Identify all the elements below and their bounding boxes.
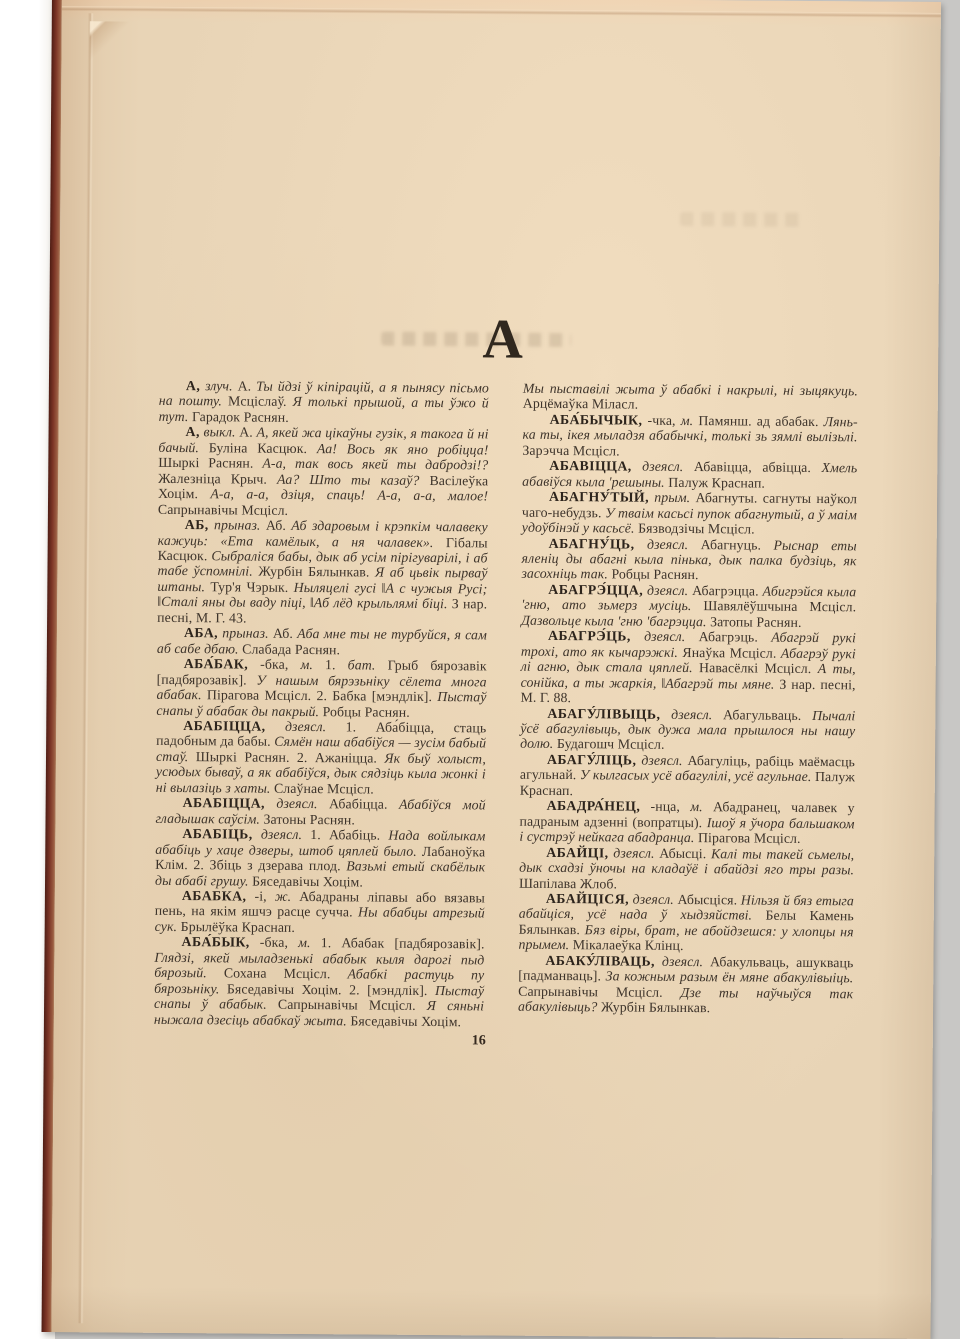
body-text: Памянш. ад абабак.: [693, 413, 824, 429]
body-text: Робцы Раснян.: [319, 704, 410, 720]
entry-aba: АБА, прыназ. Аб. Аба мне ты не турбуйся,…: [157, 625, 487, 658]
italic-text: бат.: [348, 657, 376, 672]
italic-text: дзеясл.: [266, 719, 327, 734]
italic-text: дзеясл.: [265, 796, 318, 811]
headword: АБАГНУ́ЦЬ,: [549, 535, 635, 551]
body-text: Бяседавічы Хоцім.: [249, 873, 363, 889]
section-letter: А: [482, 310, 523, 368]
text-block: А А, злуч. А. Ты йдзі ў кіпірацій, а я п…: [154, 308, 859, 1054]
headword: АБАГУ́ЛІЦЬ,: [547, 752, 637, 768]
body-text: Затоны Раснян.: [260, 811, 355, 827]
two-column-text: А, злуч. А. Ты йдзі ў кіпірацій, а я пын…: [154, 378, 858, 1033]
body-text: Абагрэцца.: [688, 583, 762, 599]
headword: АБА́БЫК,: [182, 934, 250, 950]
body-text: -бка,: [248, 657, 300, 672]
entry-abadranec: АБАДРА́НЕЦ, -нца, м. Абадранец, чалавек …: [519, 798, 854, 847]
italic-text: прыназ.: [218, 626, 269, 641]
body-text: Абавіцца, абвіцца.: [683, 459, 821, 475]
entry-a-vykl: А, выкл. А. А, якей жа цікаўны гузік, я …: [158, 424, 489, 519]
entry-abajcisja: АБАЙЦІСЯ, дзеясл. Абысціся. Нільзя й бяз…: [518, 891, 853, 955]
page-number: 16: [472, 1033, 486, 1049]
body-text: 1. Абабак [падбярозавік].: [311, 935, 485, 951]
body-text: Робцы Раснян.: [608, 567, 699, 583]
entry-ababak: АБА́БАК, -бка, м. 1. бат. Грыб бярозавік…: [156, 656, 486, 720]
body-text: А.: [233, 378, 257, 393]
column-left: А, злуч. А. Ты йдзі ў кіпірацій, а я пын…: [154, 378, 489, 1030]
entry-abagulic: АБАГУ́ЛІЦЬ, дзеясл. Абагуліць, рабіць ма…: [520, 752, 855, 801]
body-text: Слабада Раснян.: [239, 641, 341, 657]
italic-text: м.: [681, 413, 694, 428]
italic-text: м.: [690, 799, 703, 814]
headword: АБАДРА́НЕЦ,: [547, 798, 641, 814]
body-text: Сапрынавічы Мсцісл.: [518, 983, 680, 999]
body-text: Аб.: [260, 518, 291, 533]
entry-ababicca-1: АБАБІЦЦА, дзеясл. 1. Аба́біцца, стаць па…: [156, 718, 487, 798]
entry-abakulivac: АБАКУ́ЛІВАЦЬ, дзеясл. Абакульваць, ашукв…: [518, 952, 853, 1016]
body-text: Тур'я Чэрык.: [205, 579, 294, 595]
body-text: Брылёўка Краснап.: [177, 919, 295, 935]
body-text: -і,: [246, 889, 274, 904]
corner-fold-mark: [89, 21, 162, 86]
body-text: Пірагова Мсцісл.: [694, 830, 800, 846]
entry-abagnutyj: АБАГНУ́ТЫЙ, прым. Абагнуты. сагнуты наўк…: [522, 489, 857, 538]
body-text: Будагошч Мсцісл.: [553, 736, 664, 752]
body-text: Бязводзічы Мсцісл.: [634, 521, 754, 537]
headword: А,: [186, 424, 200, 439]
italic-text: прыназ.: [209, 517, 261, 532]
entry-ababic: АБАБІЦЬ, дзеясл. 1. Абабіць. Нада войлык…: [155, 826, 485, 890]
italic-text: дзеясл.: [660, 706, 712, 721]
entry-abavicca: АБАВІЦЦА, дзеясл. Абавіцца, абвіцца. Хме…: [522, 458, 857, 492]
entry-ababychyk: АБА́БЫЧЫК, -чка, м. Памянш. ад абабак. Л…: [522, 412, 857, 461]
headword: АБАЙЦІСЯ,: [546, 891, 629, 907]
body-text: Жалезніца Крыч.: [158, 471, 277, 487]
italic-text: прым.: [649, 490, 690, 505]
body-text: Мікалаеўка Клінц.: [569, 937, 683, 953]
page-footer: 16: [154, 1031, 853, 1054]
italic-text: злуч.: [200, 378, 233, 393]
body-text: Абысціся.: [674, 892, 741, 908]
body-text: -бка,: [250, 935, 299, 950]
entry-abagnuc: АБАГНУ́ЦЬ, дзеясл. Абагнуць. Рыснар еты …: [521, 535, 856, 584]
body-text: Шыркі Раснян. 2. Ажаніцца.: [188, 749, 384, 766]
italic-text: м.: [300, 657, 313, 672]
entry-ababyk: АБА́БЫК, -бка, м. 1. Абабак [падбярозаві…: [154, 934, 485, 1029]
italic-text: А-а, так вось якей ты дабродзі!?: [262, 456, 488, 473]
body-text: Журбін Бялынкав.: [253, 564, 375, 580]
body-text: Сапрынавічы Мсцісл.: [267, 997, 427, 1013]
italic-text: дзеясл.: [635, 536, 689, 551]
entry-ababyk-continuation: Мы пыставілі жыта ў абабкі і накрылі, ні…: [523, 381, 858, 415]
body-text: Абагнуць.: [688, 537, 773, 553]
body-text: Сохана Мсцісл.: [207, 965, 348, 981]
body-text: Абагрэць.: [685, 629, 771, 645]
body-text: Гарадок Раснян.: [188, 409, 289, 425]
vertical-crease: [78, 13, 94, 1323]
headword: АБАБІЦЬ,: [182, 826, 252, 842]
section-heading-row: А: [159, 308, 858, 375]
headword: АБАГНУ́ТЫЙ,: [549, 489, 649, 505]
headword: АБАЙЦІ,: [546, 845, 608, 860]
top-fold-crease: [62, 6, 941, 18]
italic-text: Дазвольце кыла 'гню 'багрэцца.: [521, 613, 707, 629]
entry-abagrec: АБАГРЭ́ЦЬ, дзеясл. Абагрэць. Абагрэй рук…: [520, 628, 856, 708]
body-text: Пірагова Мсцісл. 2. Бабка [мэндлік].: [202, 687, 438, 704]
body-text: -чка,: [642, 413, 680, 428]
column-right: Мы пыставілі жыта ў абабкі і накрылі, ні…: [518, 381, 858, 1033]
body-text: Журбін Бялынкав.: [597, 999, 710, 1015]
body-text: 1. Абабіць.: [302, 827, 388, 843]
body-text: Бяседавічы Хоцім. 2. [мэндлік].: [219, 981, 435, 998]
italic-text: выкл.: [200, 425, 236, 440]
headword: АБАБКА,: [182, 888, 247, 904]
body-text: Навасёлкі Мсцісл.: [693, 660, 818, 676]
body-text: А.: [236, 425, 257, 440]
body-text: Шапілава Жлоб.: [519, 875, 617, 891]
body-text: Абабіцца.: [318, 796, 400, 812]
italic-text: дзеясл.: [629, 892, 674, 907]
italic-text: дзеясл.: [636, 752, 682, 767]
body-text: Сапрынавічы Мсцісл.: [158, 501, 288, 517]
italic-text: дзеясл.: [643, 583, 688, 598]
headword: АБА́БЫЧЫК,: [550, 412, 643, 428]
italic-text: м.: [298, 935, 311, 950]
headword: АБАГРЭ́ЦЦА,: [548, 582, 643, 598]
headword: АБА,: [184, 625, 218, 640]
headword: АБАКУ́ЛІВАЦЬ,: [545, 953, 655, 969]
entry-abagulivyc: АБАГУ́ЛІВЫЦЬ, дзеясл. Абагульваць. Пычал…: [520, 705, 855, 754]
italic-text: дзеясл.: [609, 845, 655, 860]
body-text: Буліна Касцюк.: [199, 440, 317, 456]
show-through-text-mark: [680, 212, 800, 227]
body-text: 1.: [313, 657, 348, 672]
entry-ababka: АБАБКА, -і, ж. Абадраны ліпавы або вязав…: [155, 888, 485, 937]
italic-text: У кылгасых усё абагулілі, усё агульнае.: [580, 767, 812, 784]
body-text: Шыркі Раснян.: [158, 455, 262, 471]
body-text: Аб.: [269, 626, 298, 641]
italic-text: ж.: [275, 889, 292, 904]
body-text: Слаўнае Мсцісл.: [270, 781, 373, 797]
headword: АБ,: [185, 517, 209, 532]
scanned-page: А А, злуч. А. Ты йдзі ў кіпірацій, а я п…: [41, 0, 940, 1339]
headword: АБАБІЦЦА,: [183, 795, 265, 811]
body-text: Зарэчча Мсцісл.: [522, 443, 619, 459]
headword: А,: [186, 378, 200, 393]
italic-text: Аа! Вось як яно робіцца!: [317, 441, 489, 457]
italic-text: дзеясл.: [253, 827, 303, 842]
headword: АБАГУ́ЛІВЫЦЬ,: [547, 705, 660, 721]
italic-text: дзеясл.: [632, 459, 684, 474]
headword: АБА́БАК,: [184, 656, 248, 672]
headword: АБАВІЦЦА,: [549, 458, 631, 474]
headword: АБАГРЭ́ЦЬ,: [548, 628, 631, 644]
entry-abagrecca: АБАГРЭ́ЦЦА, дзеясл. Абагрэцца. Абигрэйся…: [521, 582, 856, 631]
headword: АБАБІЦЦА,: [183, 718, 265, 734]
body-text: Арцёмаўка Міласл.: [523, 396, 638, 412]
page-paper: А А, злуч. А. Ты йдзі ў кіпірацій, а я п…: [51, 0, 940, 1339]
entry-ababicca-2: АБАБІЦЦА, дзеясл. Абабіцца. Абабіўся мой…: [155, 795, 485, 828]
body-text: Шавялёўшчына Мсцісл.: [691, 598, 856, 614]
body-text: Палуж Краснап.: [665, 475, 765, 491]
body-text: -нца,: [640, 799, 690, 814]
italic-text: А-а, а-а, дзіця, спаць! А-а, а-а, малое!: [210, 486, 488, 503]
body-text: Янаўка Мсцісл.: [678, 645, 781, 661]
entry-a-zluch: А, злуч. А. Ты йдзі ў кіпірацій, а я пын…: [159, 378, 489, 427]
body-text: Бяседавічы Хоцім.: [347, 1013, 461, 1029]
italic-text: Аа? Што ты казаў?: [277, 472, 420, 488]
body-text: Абысці.: [654, 845, 711, 860]
body-text: Затопы Раснян.: [707, 614, 802, 630]
italic-text: дзеясл.: [655, 954, 703, 969]
italic-text: дзеясл.: [631, 629, 686, 644]
entry-abajci: АБАЙЦІ, дзеясл. Абысці. Калі ты такей сь…: [519, 844, 854, 893]
body-text: Абагульваць.: [712, 707, 812, 723]
entry-ab: АБ, прыназ. Аб. Аб здаровым і крэпкім ча…: [157, 517, 488, 628]
body-text: Мсціслаў.: [222, 394, 293, 410]
italic-text: За кожным разым ён мяне абакулівыіць.: [606, 969, 854, 986]
